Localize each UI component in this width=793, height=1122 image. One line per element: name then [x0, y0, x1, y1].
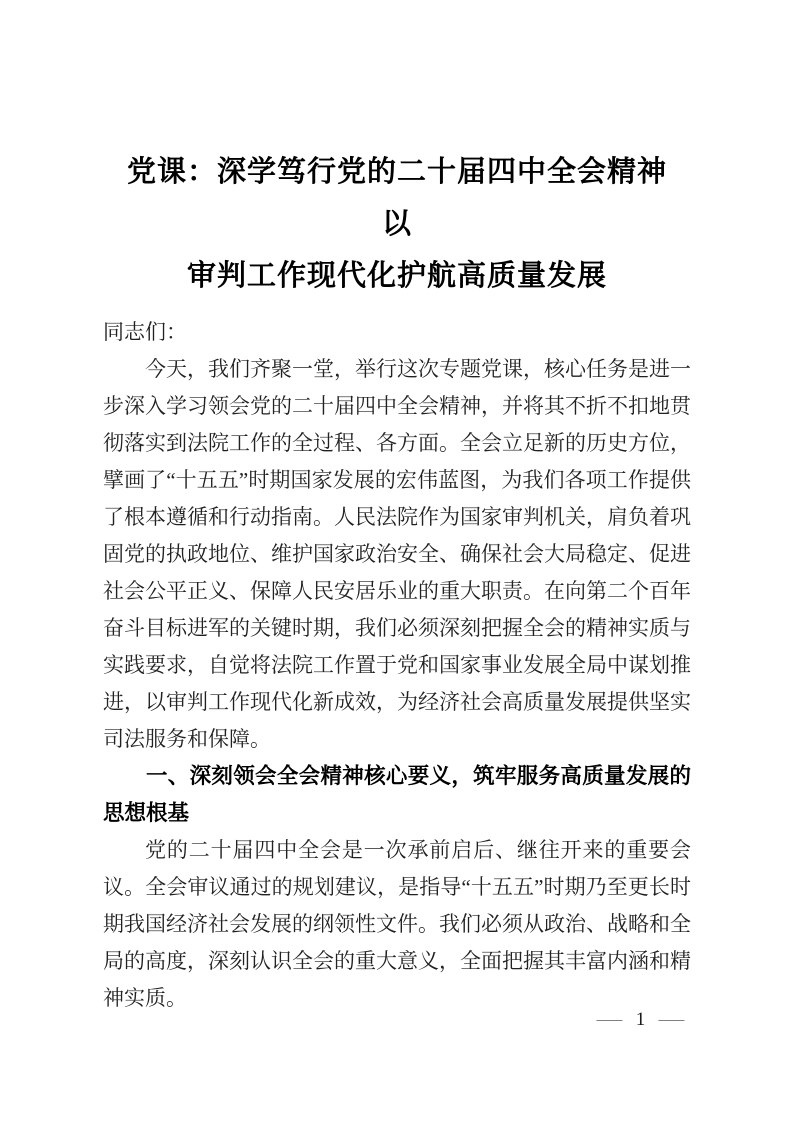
- page-number-value: 1: [636, 1009, 646, 1030]
- document-title: 党课：深学笃行党的二十届四中全会精神 以 审判工作现代化护航高质量发展: [103, 146, 691, 302]
- title-line-2: 审判工作现代化护航高质量发展: [103, 250, 691, 302]
- page-number-dash-right: —: [659, 1008, 685, 1032]
- section-1-paragraph: 党的二十届四中全会是一次承前启后、继往开来的重要会议。全会审议通过的规划建议，是…: [103, 832, 691, 1017]
- salutation: 同志们：: [103, 314, 691, 351]
- page-number-dash-left: —: [597, 1008, 623, 1032]
- opening-paragraph: 今天，我们齐聚一堂，举行这次专题党课，核心任务是进一步深入学习领会党的二十届四中…: [103, 351, 691, 758]
- section-1-heading: 一、深刻领会全会精神核心要义，筑牢服务高质量发展的思想根基: [103, 758, 691, 832]
- document-page: 党课：深学笃行党的二十届四中全会精神 以 审判工作现代化护航高质量发展 同志们：…: [0, 0, 793, 1122]
- title-line-1: 党课：深学笃行党的二十届四中全会精神 以: [103, 146, 691, 250]
- page-number: — 1 —: [600, 1008, 681, 1032]
